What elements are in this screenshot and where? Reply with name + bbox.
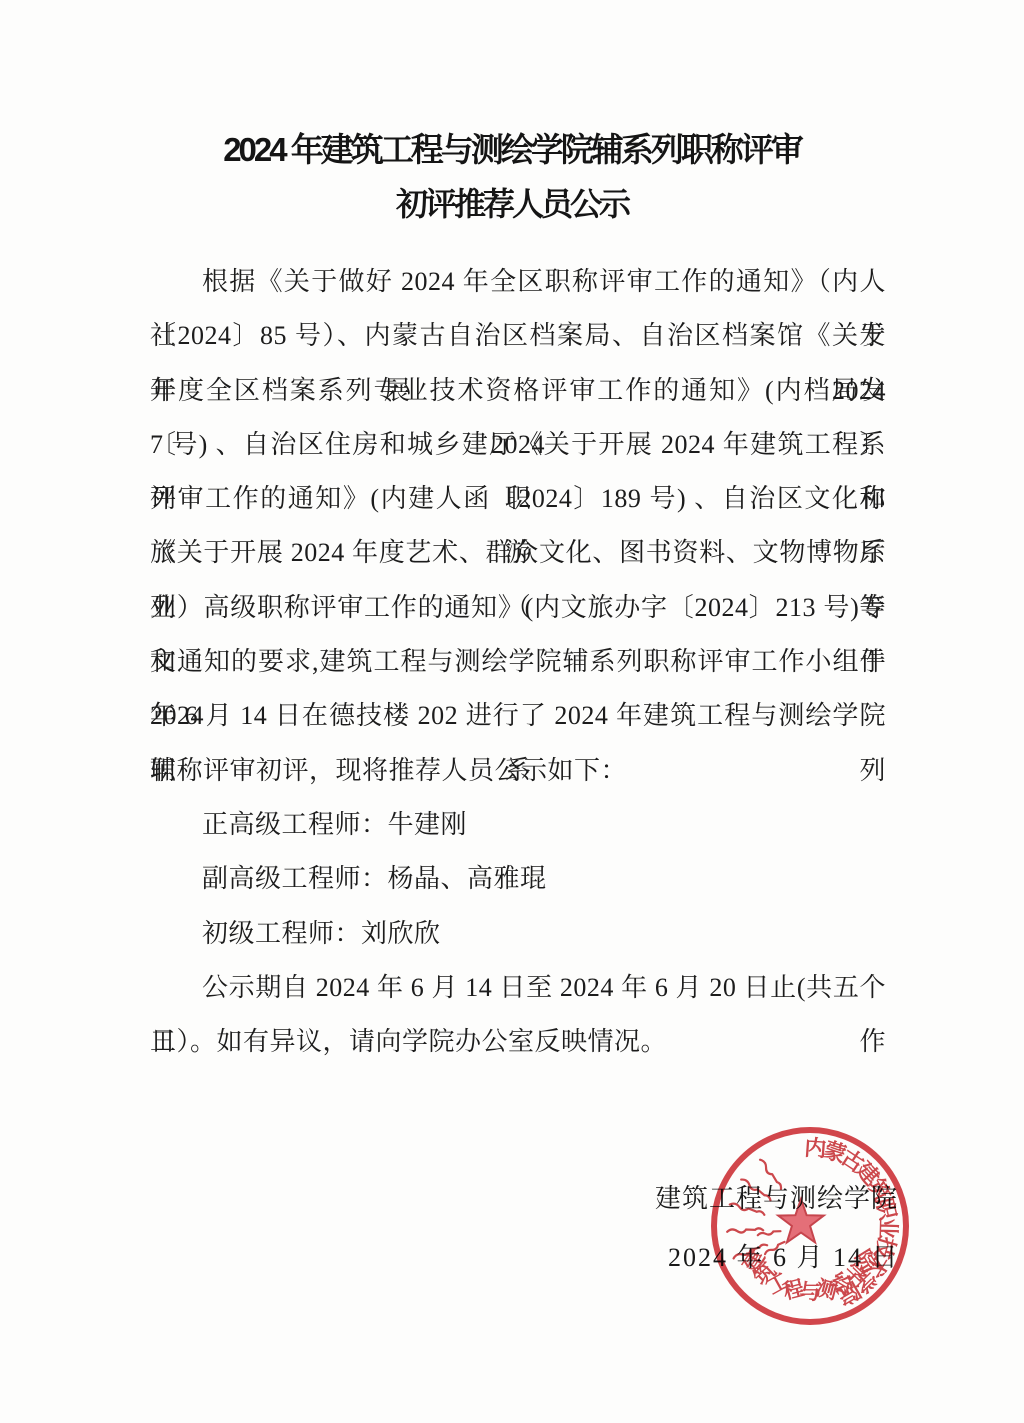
body-line: 〔2024〕85 号）、内蒙古自治区档案局、自治区档案馆《关于开展 2024 <box>150 309 886 363</box>
list-item-junior-engineer: 初级工程师：刘欣欣 <box>150 907 886 961</box>
mongolian-script-decoration <box>727 1159 785 1261</box>
body-line: 7 号) 、自治区住房和城乡建厅《关于开展 2024 年建筑工程系列职称 <box>150 418 886 472</box>
document-title-line1: 2024 年建筑工程与测绘学院辅系列职称评审 <box>0 124 1024 171</box>
body-line: 根据《关于做好 2024 年全区职称评审工作的通知》（内人社发 <box>150 255 886 309</box>
list-item-senior-engineer: 正高级工程师：牛建刚 <box>150 798 886 852</box>
official-seal-stamp: 内蒙古建筑职业技术学院 建筑工程与测绘学院 <box>707 1121 913 1327</box>
body-line: 和通知的要求,建筑工程与测绘学院辅系列职称评审工作小组于 2024 <box>150 635 886 689</box>
body-line: 《关于开展 2024 年度艺术、群众文化、图书资料、文物博物系列（专 <box>150 526 886 580</box>
body-line: 评审工作的通知》(内建人函〔2024〕189 号) 、自治区文化和旅游厅 <box>150 472 886 526</box>
document-body: 根据《关于做好 2024 年全区职称评审工作的通知》（内人社发 〔2024〕85… <box>150 255 886 1069</box>
body-line: 年度全区档案系列专业技术资格评审工作的通知》(内档局发〔2024〕 <box>150 364 886 418</box>
scanned-notice-page: 2024 年建筑工程与测绘学院辅系列职称评审 初评推荐人员公示 根据《关于做好 … <box>0 0 1024 1423</box>
body-line: 年 6 月 14 日在德技楼 202 进行了 2024 年建筑工程与测绘学院辅系… <box>150 689 886 743</box>
list-item-associate-engineer: 副高级工程师：杨晶、高雅琨 <box>150 852 886 906</box>
star-icon <box>778 1199 824 1242</box>
body-line: 业）高级职称评审工作的通知》(内文旅办字〔2024〕213 号)等文件 <box>150 581 886 635</box>
body-line: 公示期自 2024 年 6 月 14 日至 2024 年 6 月 20 日止(共… <box>150 961 886 1015</box>
document-title-line2: 初评推荐人员公示 <box>0 179 1024 225</box>
